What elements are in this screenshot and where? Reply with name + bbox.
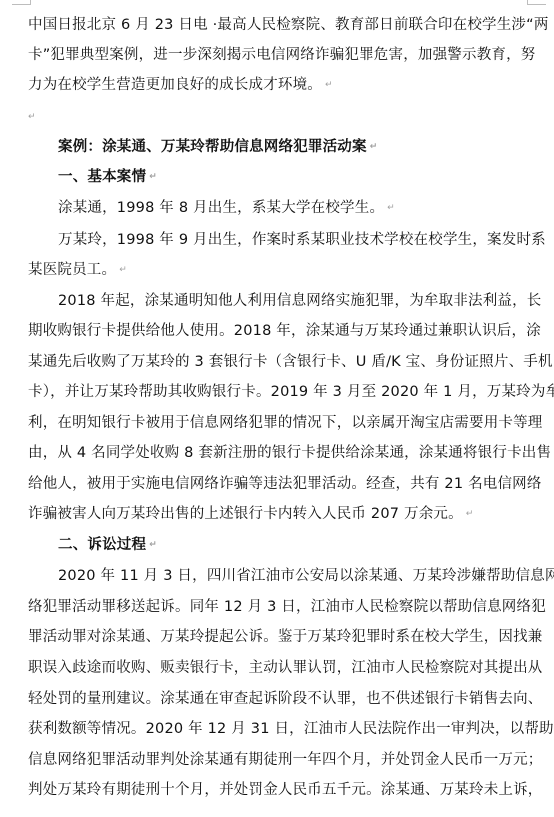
line-12: 卡），并让万某玲帮助其收购银行卡。2019 年 3 月至 2020 年 1 月，… [28, 378, 554, 406]
line-22: 轻处罚的量刑建议。涂某通在审查起诉阶段不认罪，也不供述银行卡销售去向、 [28, 685, 543, 713]
line-8: 某医院员工。↵ [28, 256, 127, 284]
line-text: 某医院员工。 [28, 262, 116, 278]
line-0: 中国日报北京 6 月 23 日电 ·最高人民检察院、教育部日前联合印在校学生涉“… [28, 11, 549, 39]
paragraph-mark-icon: ↵ [370, 142, 378, 152]
line-text: 卡”犯罪典型案例，进一步深刻揭示电信网络诈骗犯罪危害，加强警示教育，努 [28, 47, 536, 63]
line-text: 罪活动罪对涂某通、万某玲提起公诉。鉴于万某玲犯罪时系在校大学生，因找兼 [28, 629, 543, 645]
line-2: 力为在校学生营造更加良好的成长成才环境。↵ [28, 71, 333, 99]
line-14: 由，从 4 名同学处收购 8 套新注册的银行卡提供给涂某通，涂某通将银行卡出售 [28, 439, 551, 467]
line-text: 某通先后收购了万某玲的 3 套银行卡（含银行卡、U 盾/K 宝、身份证照片、手机 [28, 354, 553, 370]
line-10: 期收购银行卡提供给他人使用。2018 年，涂某通与万某玲通过兼职认识后，涂 [28, 317, 541, 345]
line-13: 利，在明知银行卡被用于信息网络犯罪的情况下，以亲属开淘宝店需要用卡等理 [28, 409, 543, 437]
line-text: 卡），并让万某玲帮助其收购银行卡。2019 年 3 月至 2020 年 1 月，… [28, 384, 554, 400]
paragraph-mark-icon: ↵ [119, 265, 127, 275]
line-text: 轻处罚的量刑建议。涂某通在审查起诉阶段不认罪，也不供述银行卡销售去向、 [28, 691, 543, 707]
line-text: 2020 年 11 月 3 日，四川省江油市公安局以涂某通、万某玲涉嫌帮助信息网 [58, 568, 554, 584]
paragraph-mark-icon: ↵ [149, 540, 157, 550]
line-text: 利，在明知银行卡被用于信息网络犯罪的情况下，以亲属开淘宝店需要用卡等理 [28, 415, 543, 431]
paragraph-mark-icon: ↵ [149, 172, 157, 182]
paragraph-mark-icon: ↵ [387, 203, 395, 213]
section-heading-basic-facts: 一、基本案情↵ [28, 163, 157, 191]
heading-text: 二、诉讼过程 [58, 537, 146, 553]
line-text: 由，从 4 名同学处收购 8 套新注册的银行卡提供给涂某通，涂某通将银行卡出售 [28, 445, 551, 461]
line-text: 2018 年起，涂某通明知他人利用信息网络实施犯罪，为牟取非法利益，长 [58, 293, 542, 309]
line-21: 职误入歧途而收购、贩卖银行卡，主动认罪认罚，江油市人民检察院对其提出从 [28, 654, 543, 682]
page-corner-top-right [527, 0, 546, 5]
line-1: 卡”犯罪典型案例，进一步深刻揭示电信网络诈骗犯罪危害，加强警示教育，努 [28, 41, 536, 69]
line-text: 中国日报北京 6 月 23 日电 ·最高人民检察院、教育部日前联合印在校学生涉“… [28, 17, 549, 33]
line-text: 给他人，被用于实施电信网络诈骗等违法犯罪活动。经查，共有 21 名电信网络 [28, 476, 542, 492]
line-text: 获利数额等情况。2020 年 12 月 31 日，江油市人民法院作出一审判决，以… [28, 721, 554, 737]
line-3-empty: ↵ [28, 103, 36, 131]
line-text: 判处万某玲有期徒刑十个月，并处罚金人民币五千元。涂某通、万某玲未上诉， [28, 782, 543, 798]
line-text: 力为在校学生营造更加良好的成长成才环境。 [28, 77, 322, 93]
line-11: 某通先后收购了万某玲的 3 套银行卡（含银行卡、U 盾/K 宝、身份证照片、手机 [28, 348, 553, 376]
line-text: 络犯罪活动罪移送起诉。同年 12 月 3 日，江油市人民检察院以帮助信息网络犯 [28, 599, 546, 615]
line-text: 信息网络犯罪活动罪判处涂某通有期徒刑一年四个月，并处罚金人民币一万元； [28, 752, 543, 768]
paragraph-mark-icon: ↵ [466, 509, 474, 519]
line-text: 万某玲，1998 年 9 月出生，作案时系某职业技术学校在校学生，案发时系 [58, 232, 546, 248]
line-text: 期收购银行卡提供给他人使用。2018 年，涂某通与万某玲通过兼职认识后，涂 [28, 323, 541, 339]
line-7: 万某玲，1998 年 9 月出生，作案时系某职业技术学校在校学生，案发时系 [28, 226, 546, 254]
line-24: 信息网络犯罪活动罪判处涂某通有期徒刑一年四个月，并处罚金人民币一万元； [28, 746, 543, 774]
line-15: 给他人，被用于实施电信网络诈骗等违法犯罪活动。经查，共有 21 名电信网络 [28, 470, 542, 498]
heading-text: 一、基本案情 [58, 169, 146, 185]
line-25: 判处万某玲有期徒刑十个月，并处罚金人民币五千元。涂某通、万某玲未上诉， [28, 776, 543, 804]
line-9: 2018 年起，涂某通明知他人利用信息网络实施犯罪，为牟取非法利益，长 [28, 287, 542, 315]
line-16: 诈骗被害人向万某玲出售的上述银行卡内转入人民币 207 万余元。↵ [28, 500, 474, 528]
heading-text: 案例：涂某通、万某玲帮助信息网络犯罪活动案 [58, 139, 367, 155]
page-corner-top-left [12, 0, 31, 5]
section-heading-litigation: 二、诉讼过程↵ [28, 531, 157, 559]
line-18: 2020 年 11 月 3 日，四川省江油市公安局以涂某通、万某玲涉嫌帮助信息网 [28, 562, 554, 590]
line-20: 罪活动罪对涂某通、万某玲提起公诉。鉴于万某玲犯罪时系在校大学生，因找兼 [28, 623, 543, 651]
line-19: 络犯罪活动罪移送起诉。同年 12 月 3 日，江油市人民检察院以帮助信息网络犯 [28, 593, 546, 621]
line-23: 获利数额等情况。2020 年 12 月 31 日，江油市人民法院作出一审判决，以… [28, 715, 554, 743]
line-6: 涂某通，1998 年 8 月出生，系某大学在校学生。↵ [28, 194, 395, 222]
case-title: 案例：涂某通、万某玲帮助信息网络犯罪活动案↵ [28, 133, 377, 161]
paragraph-mark-icon: ↵ [28, 112, 36, 122]
paragraph-mark-icon: ↵ [325, 80, 333, 90]
line-text: 诈骗被害人向万某玲出售的上述银行卡内转入人民币 207 万余元。 [28, 506, 463, 522]
line-text: 职误入歧途而收购、贩卖银行卡，主动认罪认罚，江油市人民检察院对其提出从 [28, 660, 543, 676]
line-text: 涂某通，1998 年 8 月出生，系某大学在校学生。 [58, 200, 384, 216]
